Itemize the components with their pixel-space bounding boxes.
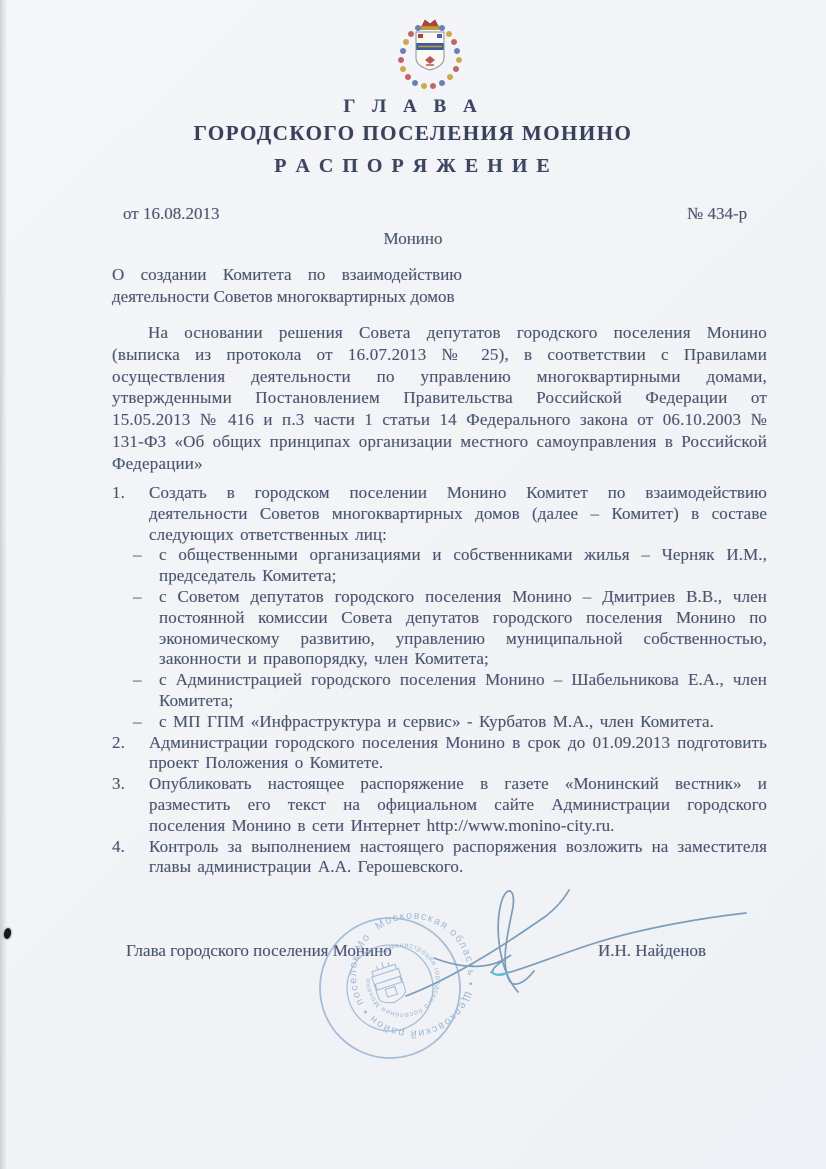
item-text: Опубликовать настоящее распоряжение в га… — [149, 774, 767, 836]
authority-title-line2: ГОРОДСКОГО ПОСЕЛЕНИЯ МОНИНО — [0, 121, 826, 146]
item-text: Контроль за выполнением настоящего распо… — [149, 837, 767, 879]
scanned-document-page: Г Л А В А ГОРОДСКОГО ПОСЕЛЕНИЯ МОНИНО Р … — [0, 0, 826, 1169]
subitem-dash: – — [133, 545, 159, 587]
ordered-list: 1. Создать в городском поселении Монино … — [112, 483, 767, 878]
coat-of-arms-icon — [383, 16, 477, 94]
subject-line1: О создании Комитета по взаимодействию — [112, 264, 462, 286]
list-item: 3. Опубликовать настоящее распоряжение в… — [112, 774, 767, 836]
list-subitem: – с МП ГПМ «Инфраструктура и сервис» - К… — [112, 712, 767, 733]
list-subitem: – с Советом депутатов городского поселен… — [112, 587, 767, 670]
list-item: 2. Администрации городского поселения Мо… — [112, 733, 767, 775]
subject-line2: деятельности Советов многоквартирных дом… — [112, 286, 462, 308]
document-date: от 16.08.2013 — [123, 204, 219, 224]
item-number: 3. — [112, 774, 149, 836]
subitem-text: с МП ГПМ «Инфраструктура и сервис» - Кур… — [159, 712, 767, 733]
authority-title-line1: Г Л А В А — [0, 96, 826, 118]
item-text: Администрации городского поселения Монин… — [149, 733, 767, 775]
item-number: 2. — [112, 733, 149, 775]
subject-block: О создании Комитета по взаимодействию де… — [112, 264, 462, 308]
subitem-dash: – — [133, 712, 159, 733]
handwritten-signature — [398, 884, 760, 1002]
document-number: № 434-р — [687, 204, 747, 224]
document-place: Монино — [0, 229, 826, 249]
list-subitem: – с общественными организациями и собств… — [112, 545, 767, 587]
item-number: 1. — [112, 483, 149, 545]
item-number: 4. — [112, 837, 149, 879]
subitem-dash: – — [133, 670, 159, 712]
subitem-text: с Советом депутатов городского поселения… — [159, 587, 767, 670]
subitem-text: с Администрацией городского поселения Мо… — [159, 670, 767, 712]
list-subitem: – с Администрацией городского поселения … — [112, 670, 767, 712]
preamble-paragraph: На основании решения Совета депутатов го… — [112, 322, 767, 475]
document-type-title: Р А С П О Р Я Ж Е Н И Е — [0, 155, 826, 178]
item-text: Создать в городском поселении Монино Ком… — [149, 483, 767, 545]
scan-artifact-dot — [3, 927, 12, 939]
list-item: 4. Контроль за выполнением настоящего ра… — [112, 837, 767, 879]
subitem-text: с общественными организациями и собствен… — [159, 545, 767, 587]
list-item: 1. Создать в городском поселении Монино … — [112, 483, 767, 545]
subitem-dash: – — [133, 587, 159, 670]
